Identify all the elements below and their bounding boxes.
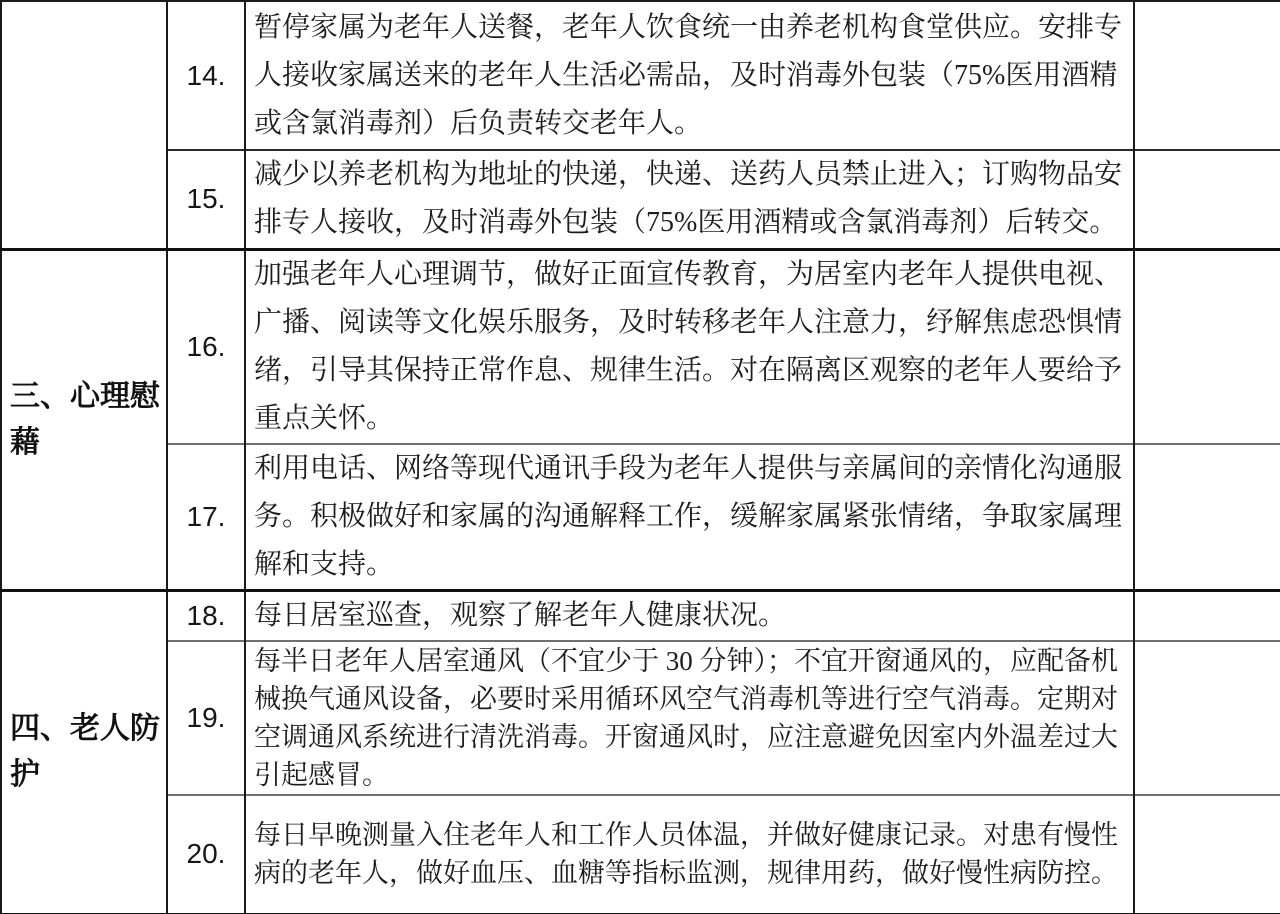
table-row-14: 14. 暂停家属为老年人送餐，老年人饮食统一由养老机构食堂供应。安排专人接收家属…	[1, 1, 1280, 150]
item-text-20: 每日早晚测量入住老年人和工作人员体温，并做好健康记录。对患有慢性病的老年人，做好…	[245, 795, 1134, 914]
table-row-19: 19. 每半日老年人居室通风（不宜少于 30 分钟）；不宜开窗通风的，应配备机械…	[1, 641, 1280, 795]
item-text-17: 利用电话、网络等现代通讯手段为老年人提供与亲属间的亲情化沟通服务。积极做好和家属…	[245, 444, 1134, 591]
item-text-15: 减少以养老机构为地址的快递，快递、送药人员禁止进入；订购物品安排专人接收，及时消…	[245, 150, 1134, 249]
table-row-18: 四、老人防护 18. 每日居室巡查，观察了解老年人健康状况。	[1, 591, 1280, 642]
table-row-17: 17. 利用电话、网络等现代通讯手段为老年人提供与亲属间的亲情化沟通服务。积极做…	[1, 444, 1280, 591]
item-number-15: 15.	[167, 150, 245, 249]
table-row-20: 20. 每日早晚测量入住老年人和工作人员体温，并做好健康记录。对患有慢性病的老年…	[1, 795, 1280, 914]
item-number-20: 20.	[167, 795, 245, 914]
status-cell-16	[1134, 249, 1280, 444]
item-text-16: 加强老年人心理调节，做好正面宣传教育，为居室内老年人提供电视、广播、阅读等文化娱…	[245, 249, 1134, 444]
item-number-18: 18.	[167, 591, 245, 642]
status-cell-15	[1134, 150, 1280, 249]
item-number-17: 17.	[167, 444, 245, 591]
status-cell-20	[1134, 795, 1280, 914]
table-row-15: 15. 减少以养老机构为地址的快递，快递、送药人员禁止进入；订购物品安排专人接收…	[1, 150, 1280, 249]
item-text-14: 暂停家属为老年人送餐，老年人饮食统一由养老机构食堂供应。安排专人接收家属送来的老…	[245, 1, 1134, 150]
category-cell-elder-protection: 四、老人防护	[1, 591, 167, 914]
status-cell-14	[1134, 1, 1280, 150]
category-cell-empty	[1, 1, 167, 249]
status-cell-19	[1134, 641, 1280, 795]
item-text-19: 每半日老年人居室通风（不宜少于 30 分钟）；不宜开窗通风的，应配备机械换气通风…	[245, 641, 1134, 795]
care-checklist-table: 14. 暂停家属为老年人送餐，老年人饮食统一由养老机构食堂供应。安排专人接收家属…	[0, 0, 1280, 914]
status-cell-17	[1134, 444, 1280, 591]
document-page: 14. 暂停家属为老年人送餐，老年人饮食统一由养老机构食堂供应。安排专人接收家属…	[0, 0, 1280, 914]
item-number-19: 19.	[167, 641, 245, 795]
item-text-18: 每日居室巡查，观察了解老年人健康状况。	[245, 591, 1134, 642]
item-number-14: 14.	[167, 1, 245, 150]
status-cell-18	[1134, 591, 1280, 642]
table-row-16: 三、心理慰藉 16. 加强老年人心理调节，做好正面宣传教育，为居室内老年人提供电…	[1, 249, 1280, 444]
category-cell-psychological-comfort: 三、心理慰藉	[1, 249, 167, 591]
item-number-16: 16.	[167, 249, 245, 444]
